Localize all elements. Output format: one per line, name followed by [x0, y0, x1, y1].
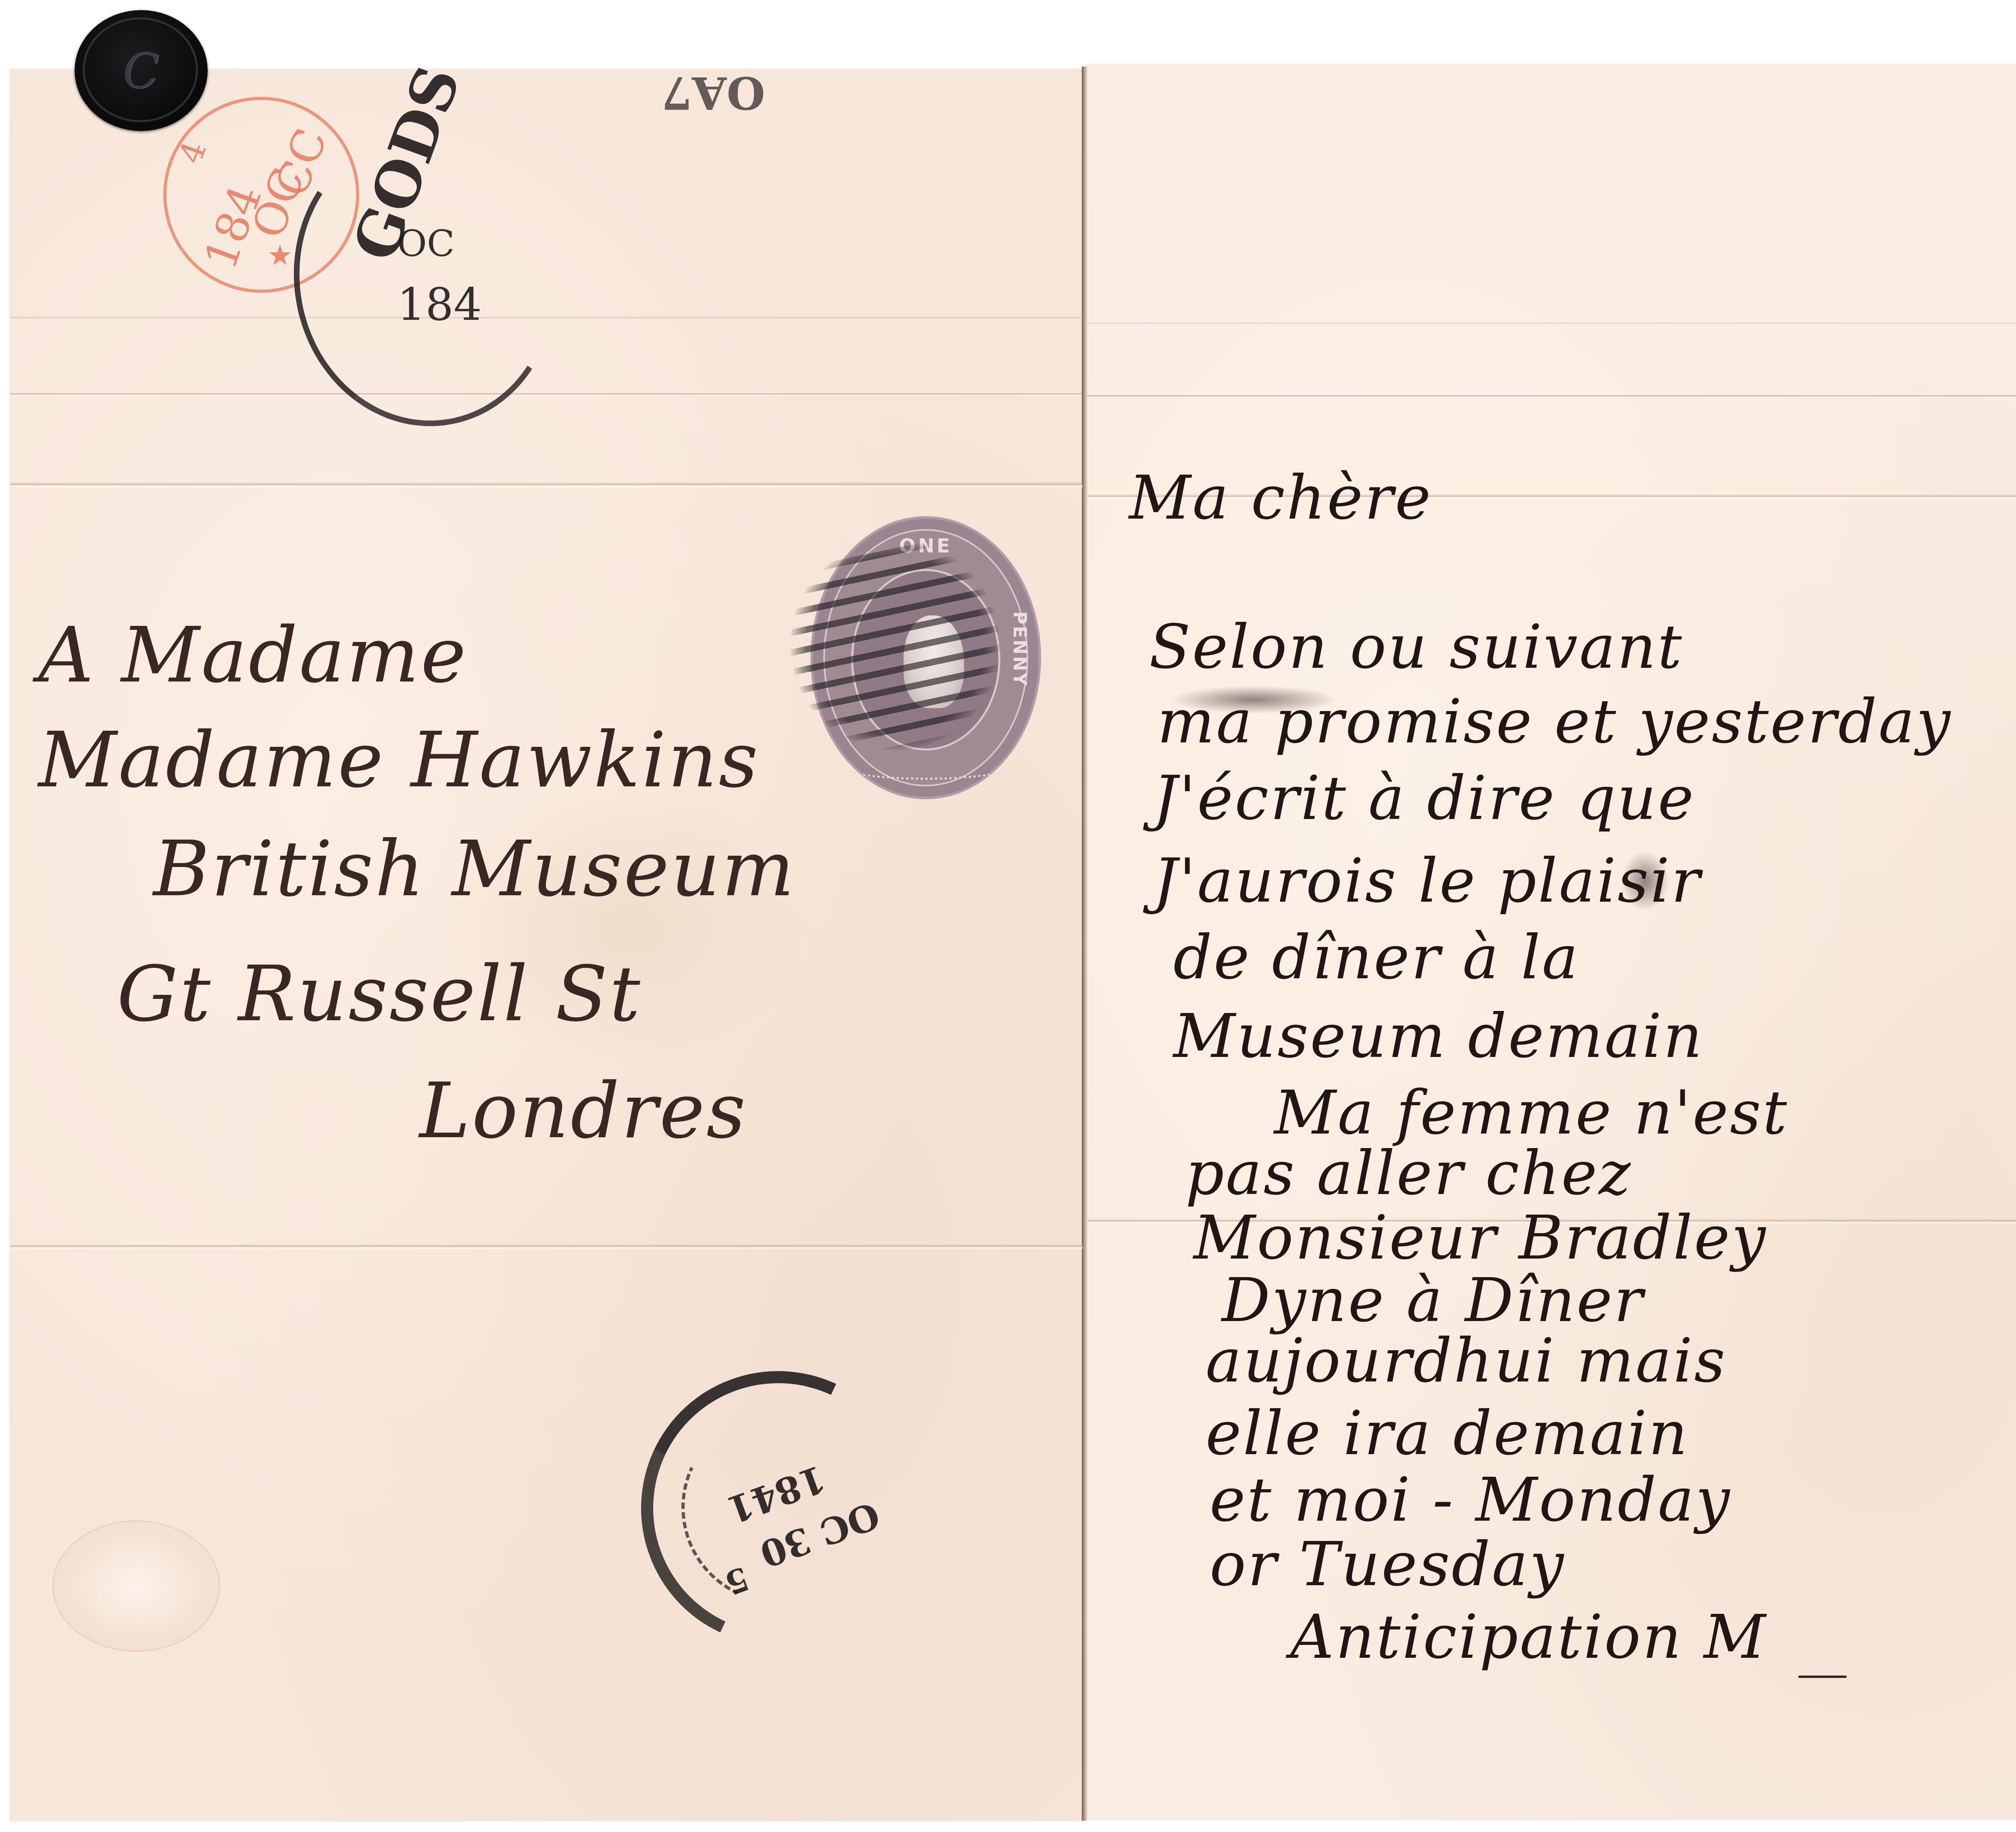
- fold-crease: [10, 393, 1083, 394]
- center-fold-line: [1082, 67, 1087, 1821]
- postmark-fragment: OA7: [661, 71, 765, 115]
- letter-line: or Tuesday: [1210, 1534, 1565, 1595]
- letter-signature: Anticipation M: [1290, 1607, 1767, 1667]
- address-line-3: British Museum: [153, 831, 796, 907]
- address-line-1: A Madame: [38, 617, 468, 694]
- postmark-text: 4: [174, 137, 212, 167]
- letter-line: Selon ou suivant: [1149, 617, 1683, 677]
- fold-crease: [10, 1244, 1083, 1250]
- postmark-month-text: OC: [397, 226, 455, 262]
- stamp-label-side: PENNY: [1009, 611, 1030, 687]
- signature-underline: [1798, 1676, 1847, 1678]
- letter-line: Dyne à Dîner: [1222, 1270, 1645, 1331]
- fold-crease: [10, 482, 1083, 488]
- address-line-5: Londres: [419, 1073, 747, 1149]
- address-line-4: Gt Russell St: [117, 956, 642, 1032]
- letter-line: J'écrit à dire que: [1153, 768, 1695, 829]
- barred-cancel-postmark: [790, 540, 1000, 750]
- postmark-text: 184: [198, 180, 268, 275]
- letter-line: aujourdhui mais: [1206, 1331, 1727, 1391]
- letter-line: Museum demain: [1173, 1006, 1704, 1067]
- letter-line: Monsieur Bradley: [1193, 1208, 1767, 1268]
- postmark-year-text: 184: [397, 282, 482, 327]
- letter-line: J'aurois le plaisir: [1153, 851, 1702, 911]
- letter-line: Ma femme n'est: [1274, 1083, 1789, 1143]
- paper-stain: [52, 1520, 220, 1652]
- letter-line: et moi - Monday: [1210, 1470, 1731, 1530]
- stamp-chain-ornament: [841, 753, 1010, 780]
- letter-salutation: Ma chère: [1129, 468, 1433, 528]
- letter-line: elle ira demain: [1206, 1403, 1689, 1464]
- letter-line: pas aller chez: [1185, 1143, 1632, 1204]
- letter-line: de dîner à la: [1173, 927, 1580, 988]
- fold-crease: [1087, 323, 2016, 324]
- seal-monogram: C: [75, 47, 208, 96]
- wax-seal-icon: C: [75, 10, 208, 131]
- address-line-2: Madame Hawkins: [38, 722, 760, 798]
- letter-line: ma promise et yesterday: [1157, 692, 1952, 752]
- fold-crease: [1087, 395, 2016, 396]
- star-icon: ★: [267, 241, 293, 269]
